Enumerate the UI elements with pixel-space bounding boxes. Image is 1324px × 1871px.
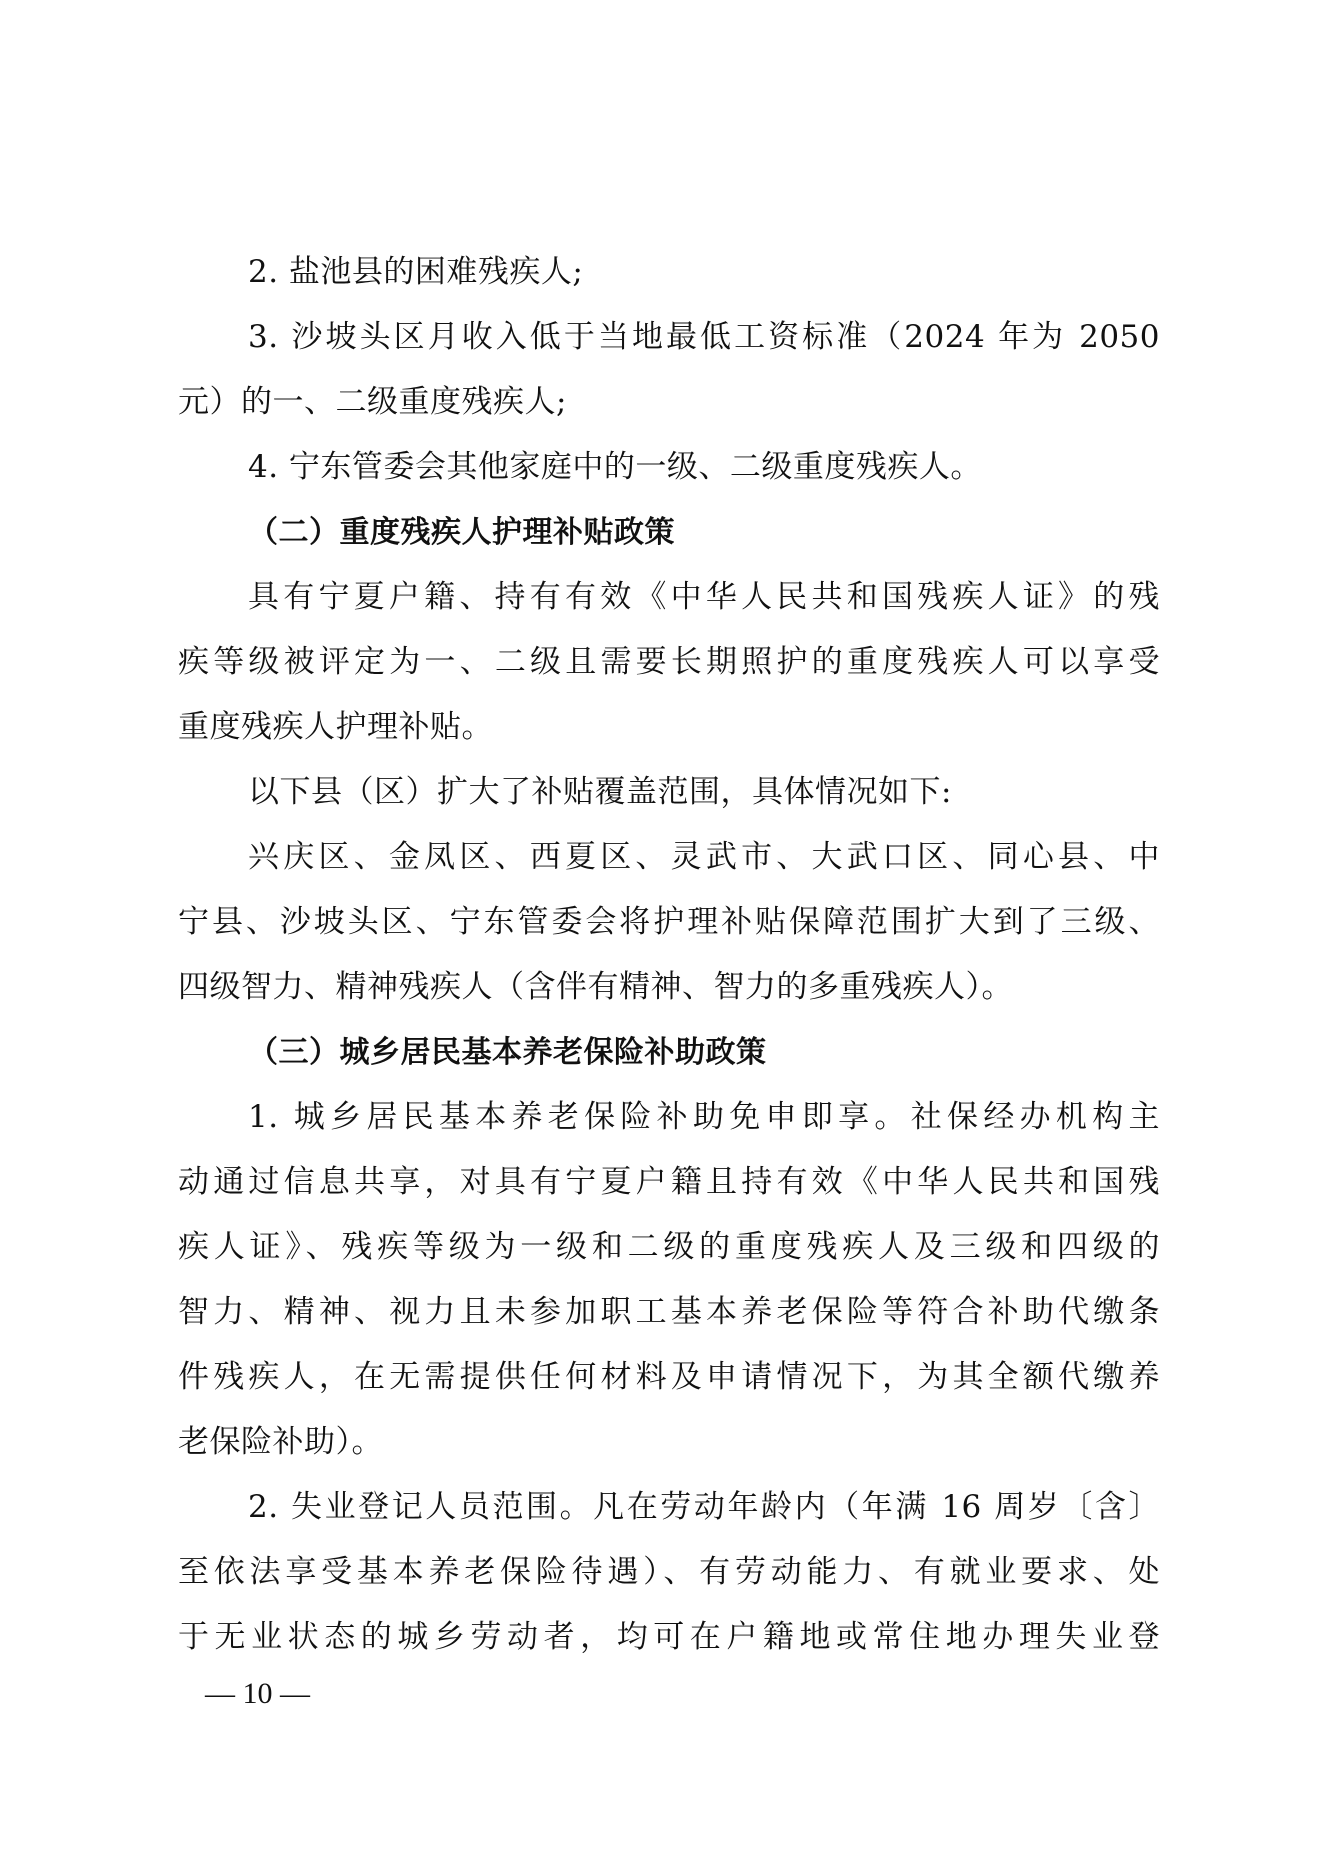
paragraph-line: 件残疾人，在无需提供任何材料及申请情况下，为其全额代缴养 xyxy=(178,1345,1160,1410)
paragraph-line: 以下县（区）扩大了补贴覆盖范围，具体情况如下: xyxy=(248,760,952,825)
page-number: — 10 — xyxy=(205,1674,310,1714)
paragraph-line: 至依法享受基本养老保险待遇）、有劳动能力、有就业要求、处 xyxy=(178,1540,1160,1605)
paragraph-line: 宁县、沙坡头区、宁东管委会将护理补贴保障范围扩大到了三级、 xyxy=(178,890,1160,955)
paragraph-line: 具有宁夏户籍、持有有效《中华人民共和国残疾人证》的残 xyxy=(248,565,1160,630)
paragraph-line: 智力、精神、视力且未参加职工基本养老保险等符合补助代缴条 xyxy=(178,1280,1160,1345)
list-item-2-line: 2. 盐池县的困难残疾人; xyxy=(248,240,583,305)
paragraph-line: 动通过信息共享，对具有宁夏户籍且持有效《中华人民共和国残 xyxy=(178,1150,1160,1215)
list-item-2b-line: 2. 失业登记人员范围。凡在劳动年龄内（年满 16 周岁〔含〕 xyxy=(248,1475,1160,1540)
paragraph-line: 兴庆区、金凤区、西夏区、灵武市、大武口区、同心县、中 xyxy=(248,825,1160,890)
paragraph-line: 疾等级被评定为一、二级且需要长期照护的重度残疾人可以享受 xyxy=(178,630,1160,695)
paragraph-line: 四级智力、精神残疾人（含伴有精神、智力的多重残疾人）。 xyxy=(178,955,1013,1020)
section-heading-2: （二）重度残疾人护理补贴政策 xyxy=(248,500,675,565)
paragraph-line: 重度残疾人护理补贴。 xyxy=(178,695,493,760)
list-item-3-continuation: 元）的一、二级重度残疾人; xyxy=(178,370,567,435)
paragraph-line: 疾人证》、残疾等级为一级和二级的重度残疾人及三级和四级的 xyxy=(178,1215,1160,1280)
list-item-4-line: 4. 宁东管委会其他家庭中的一级、二级重度残疾人。 xyxy=(248,435,982,500)
section-heading-3: （三）城乡居民基本养老保险补助政策 xyxy=(248,1020,767,1085)
paragraph-line: 老保险补助）。 xyxy=(178,1410,383,1475)
list-item-1-line: 1. 城乡居民基本养老保险补助免申即享。社保经办机构主 xyxy=(248,1085,1160,1150)
paragraph-line: 于无业状态的城乡劳动者，均可在户籍地或常住地办理失业登 xyxy=(178,1605,1160,1670)
list-item-3-line: 3. 沙坡头区月收入低于当地最低工资标准（2024 年为 2050 xyxy=(248,305,1160,370)
